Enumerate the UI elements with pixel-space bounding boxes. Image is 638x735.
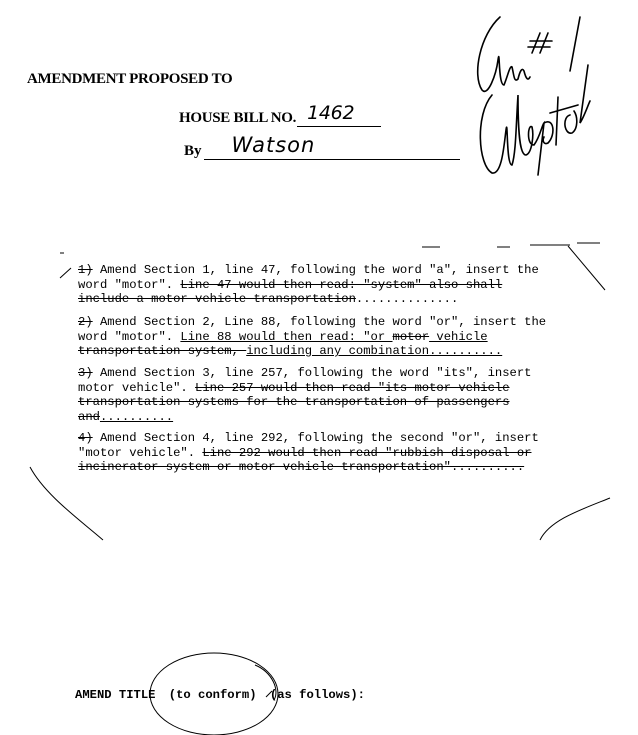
amendment-1: 1) Amend Section 1, line 47, following t… (78, 263, 578, 307)
amendment-line: include a motor vehicle transportation..… (78, 292, 578, 307)
struck-text: motor (393, 330, 430, 344)
amendment-number: 1) (78, 263, 93, 277)
amendment-number: 2) (78, 315, 93, 329)
amendment-line: "motor vehicle". Line 292 would then rea… (78, 446, 578, 461)
amendment-text: word "motor". (78, 330, 180, 344)
underlined-text: .......... (100, 410, 173, 424)
amend-title-label: AMEND TITLE (75, 688, 155, 702)
amend-title-line: AMEND TITLE (to conform) (as follows): (75, 688, 371, 702)
amendment-line: incinerator system or motor vehicle tran… (78, 460, 578, 475)
amendment-2: 2) Amend Section 2, Line 88, following t… (78, 315, 578, 359)
amendment-line: 3) Amend Section 3, line 257, following … (78, 366, 578, 381)
amendment-heading: AMENDMENT PROPOSED TO (27, 71, 232, 88)
bill-number-field: 1462 (297, 108, 381, 127)
amendment-text: Amend Section 3, line 257, following the… (100, 366, 532, 380)
sponsor-name: Watson (232, 133, 316, 157)
struck-text: Line 292 would then read "rubbish dispos… (202, 446, 531, 460)
struck-text: transportation systems for the transport… (78, 395, 510, 409)
to-conform-option: (to conform) (169, 688, 257, 702)
amendment-number: 4) (78, 431, 93, 445)
struck-text: Line 257 would then read "its motor vehi… (195, 381, 510, 395)
struck-text: .......... (451, 460, 524, 474)
as-follows-option: (as follows): (270, 688, 365, 702)
amendment-line: and.......... (78, 410, 578, 425)
struck-text: Line 47 would then read: "system" also s… (180, 278, 502, 292)
bill-number-row: HOUSE BILL NO. 1462 (179, 108, 381, 127)
amendment-line: 4) Amend Section 4, line 292, following … (78, 431, 578, 446)
amendment-text: Amend Section 2, Line 88, following the … (100, 315, 546, 329)
amendment-line: motor vehicle". Line 257 would then read… (78, 381, 578, 396)
amendment-text: Amend Section 4, line 292, following the… (100, 431, 539, 445)
struck-text: include a motor vehicle transportation (78, 292, 356, 306)
amendment-line: transportation systems for the transport… (78, 395, 578, 410)
amendment-line: 1) Amend Section 1, line 47, following t… (78, 263, 578, 278)
amendment-line: 2) Amend Section 2, Line 88, following t… (78, 315, 578, 330)
underlined-text: Line 88 would then read: "or (180, 330, 392, 344)
struck-text: transportation system, (78, 344, 246, 358)
struck-text: and (78, 410, 100, 424)
underlined-text: .......... (429, 344, 502, 358)
underlined-text: including any combination (246, 344, 429, 358)
amendment-text: motor vehicle". (78, 381, 195, 395)
amendment-4: 4) Amend Section 4, line 292, following … (78, 431, 578, 475)
adopted-handwritten-stamp (470, 5, 635, 180)
amendment-3: 3) Amend Section 3, line 257, following … (78, 366, 578, 424)
amendment-text: "motor vehicle". (78, 446, 202, 460)
bill-label: HOUSE BILL NO. (179, 110, 296, 127)
bill-number: 1462 (307, 102, 354, 124)
sponsor-row: By Watson (184, 141, 460, 160)
underlined-text: vehicle (429, 330, 488, 344)
amendment-line: transportation system, including any com… (78, 344, 578, 359)
sponsor-field: Watson (204, 141, 460, 160)
amendment-line: word "motor". Line 47 would then read: "… (78, 278, 578, 293)
amendment-text: .............. (356, 292, 458, 306)
amendment-number: 3) (78, 366, 93, 380)
by-label: By (184, 143, 202, 160)
struck-text: incinerator system or motor vehicle tran… (78, 460, 451, 474)
amendment-line: word "motor". Line 88 would then read: "… (78, 330, 578, 345)
amendment-text: word "motor". (78, 278, 180, 292)
amendment-text: Amend Section 1, line 47, following the … (100, 263, 539, 277)
